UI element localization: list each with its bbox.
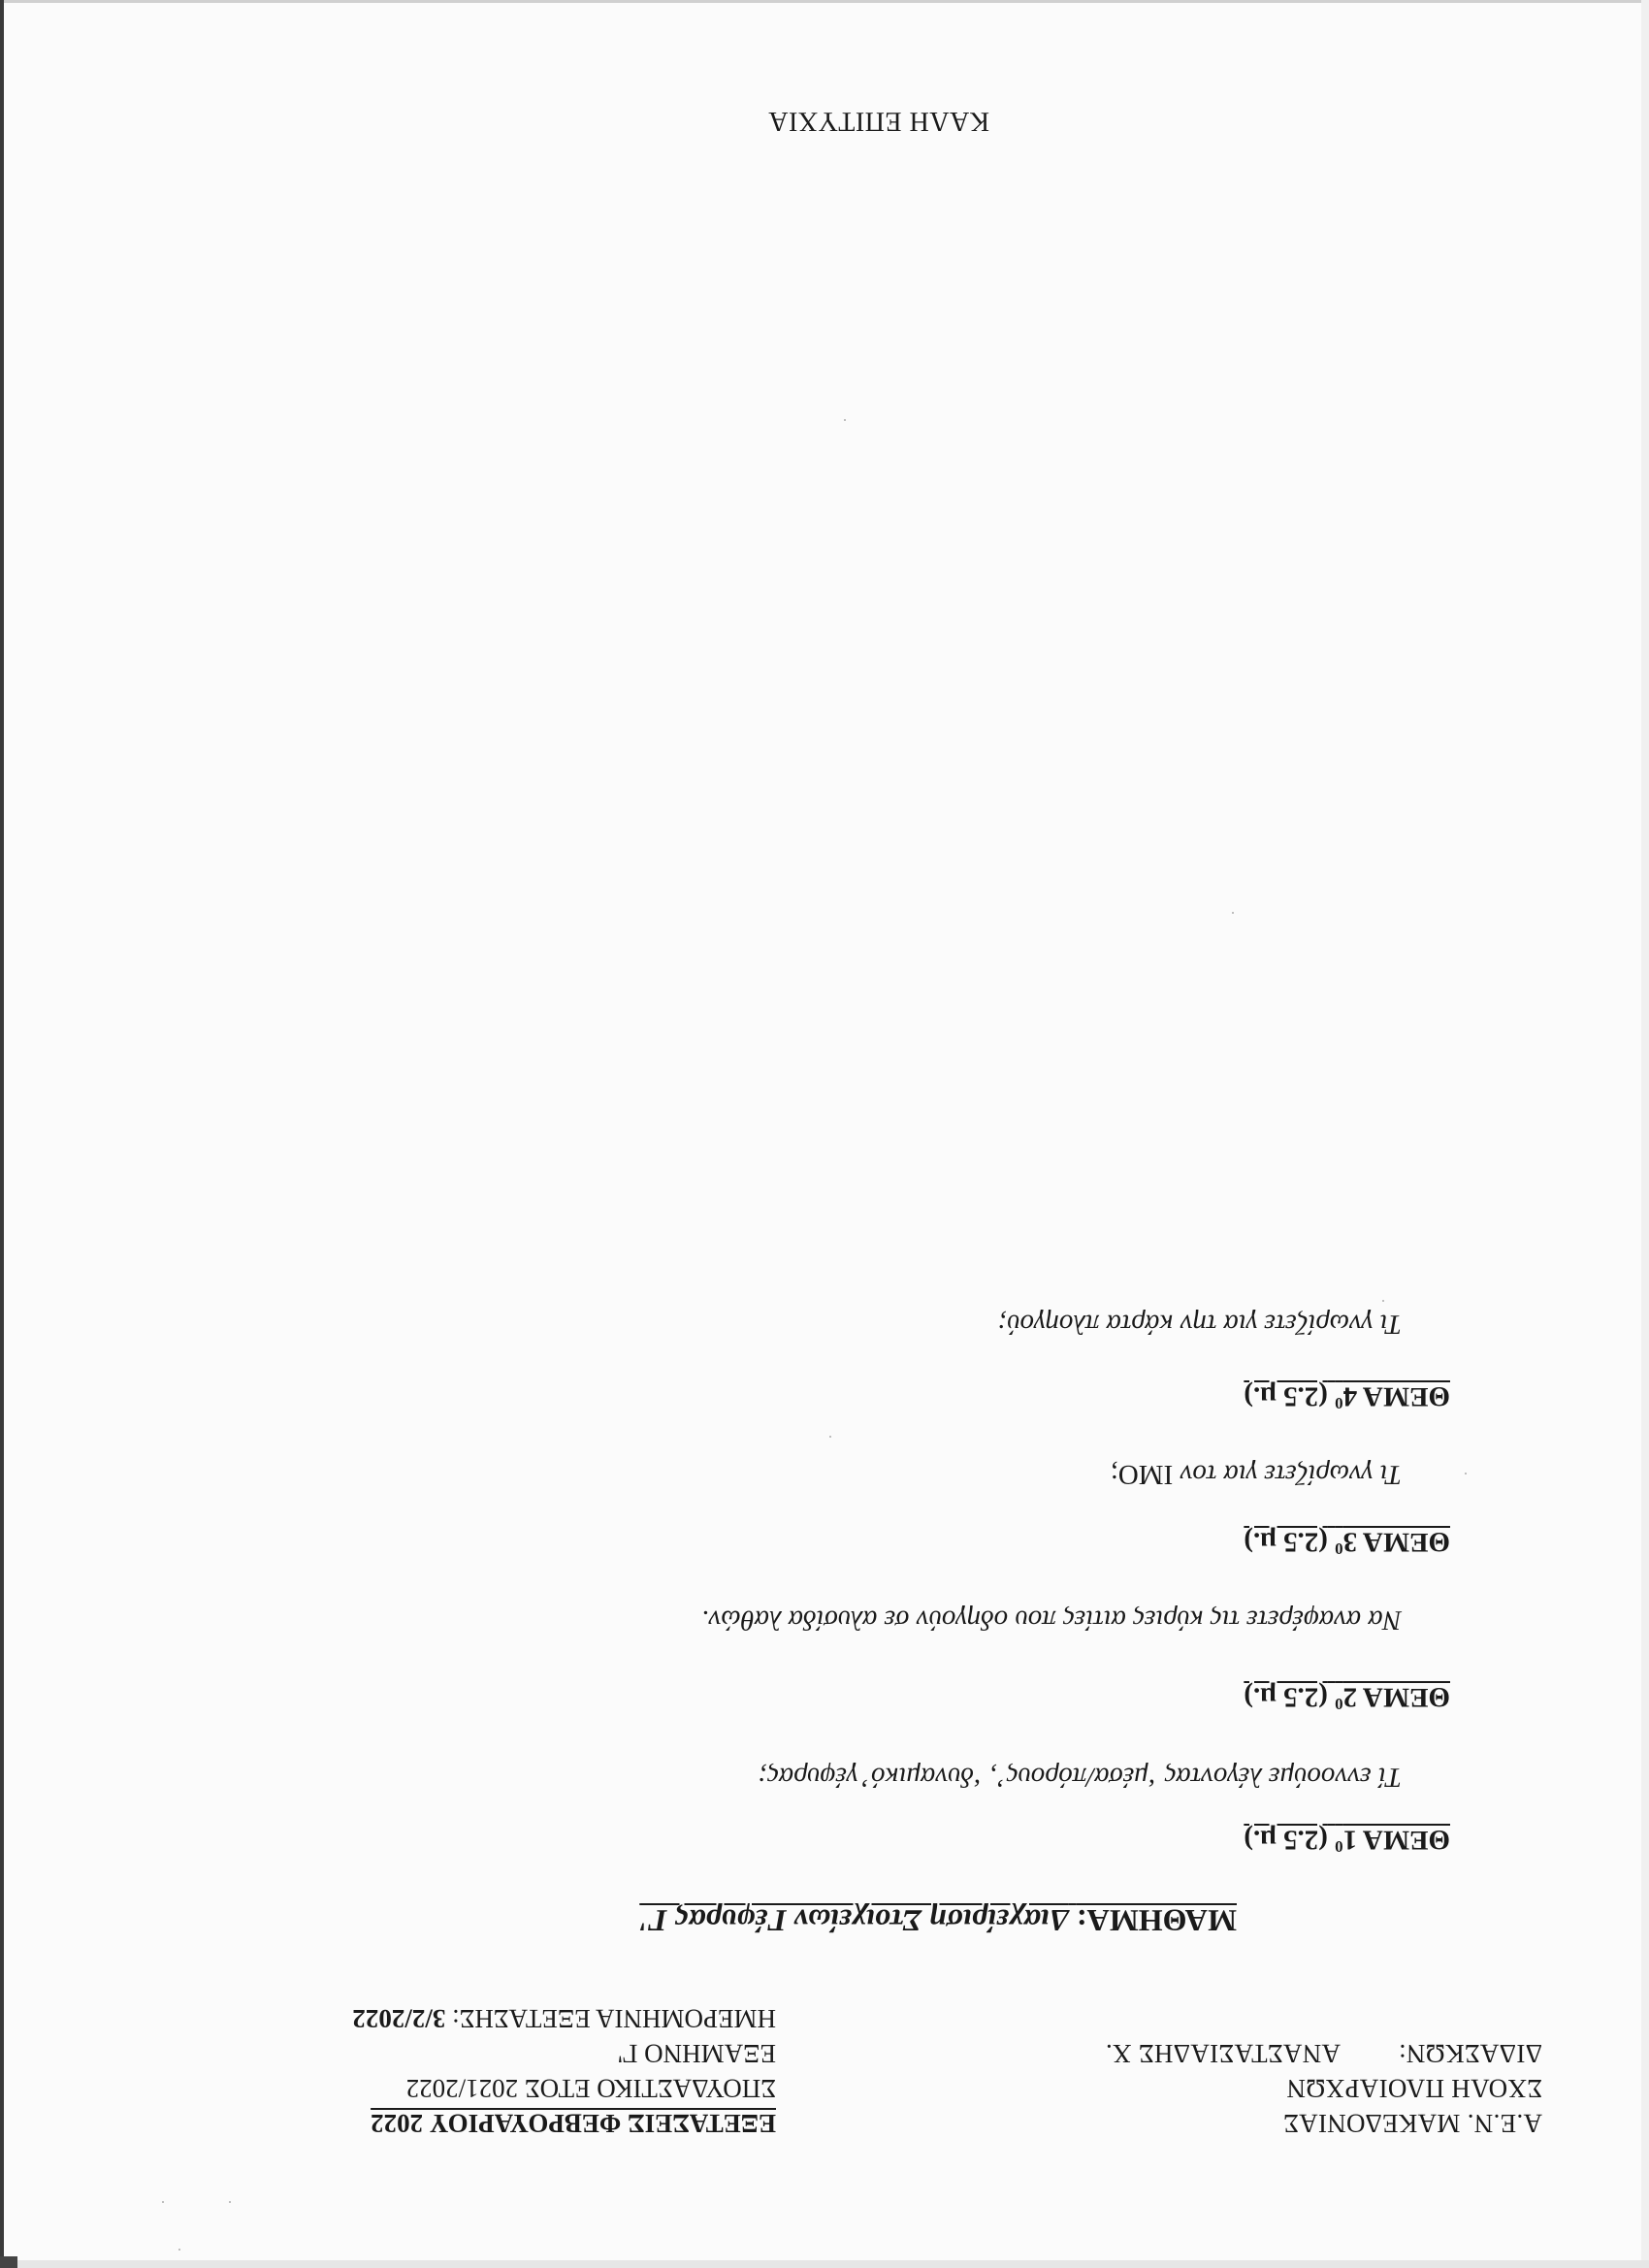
course-title: Διαχείριση Στοιχείων Γέφυρας Γ': [639, 1903, 1069, 1938]
scan-speck: [1382, 1300, 1384, 1302]
semester: ΕΞΑΜΗΝΟ Γ': [618, 2037, 776, 2070]
topic-2-title: ΘΕΜΑ 2: [1343, 1681, 1450, 1712]
exam-date-line: ΗΜΕΡΟΜΗΝΙΑ ΕΞΕΤΑΣΗΣ: 3/2/2022: [352, 2002, 776, 2035]
subject-label: ΜΑΘΗΜΑ:: [1077, 1903, 1237, 1938]
topic-1-question: Τί εννοούμε λέγοντας ‘μέσα/πόρους’, ‘δυν…: [758, 1761, 1402, 1793]
topic-1-title: ΘΕΜΑ 1: [1343, 1824, 1450, 1855]
topic-2-ordinal: 0: [1335, 1695, 1343, 1713]
scan-speck: [178, 2249, 180, 2251]
topic-1-points: (2.5 μ.): [1244, 1824, 1328, 1855]
topic-1-heading: ΘΕΜΑ 10 (2.5 μ.): [1244, 1823, 1450, 1856]
topic-4-ordinal: 0: [1335, 1394, 1343, 1412]
scan-edge-top: [0, 0, 1649, 3]
scan-edge-left: [0, 0, 4, 2268]
school-name: ΣΧΟΛΗ ΠΛΟΙΑΡΧΩΝ: [1286, 2072, 1542, 2105]
topic-4-title: ΘΕΜΑ 4: [1343, 1380, 1450, 1411]
topic-2-points: (2.5 μ.): [1244, 1681, 1328, 1712]
exam-period: ΕΞΕΤΑΣΕΙΣ ΦΕΒΡΟΥΑΡΙΟΥ 2022: [371, 2107, 776, 2140]
scan-edge-right: [1641, 0, 1649, 2268]
topic-2-question: Να αναφέρετε τις κύριες αιτίες που οδηγο…: [701, 1604, 1402, 1636]
scanned-exam-sheet: Α.Ε.Ν. ΜΑΚΕΔΟΝΙΑΣ ΣΧΟΛΗ ΠΛΟΙΑΡΧΩΝ ΔΙΔΑΣΚ…: [0, 0, 1649, 2268]
exam-date: 3/2/2022: [352, 2004, 445, 2033]
scan-speck: [844, 419, 846, 421]
closing-wish: ΚΑΛΗ ΕΠΙΤΥΧΙΑ: [768, 105, 989, 136]
subject-line: ΜΑΘΗΜΑ: Διαχείριση Στοιχείων Γέφυρας Γ': [639, 1902, 1237, 1938]
topic-3-points: (2.5 μ.): [1244, 1526, 1328, 1557]
institution-name: Α.Ε.Ν. ΜΑΚΕΔΟΝΙΑΣ: [1283, 2107, 1542, 2140]
scan-speck: [229, 2201, 231, 2203]
topic-2-heading: ΘΕΜΑ 20 (2.5 μ.): [1244, 1680, 1450, 1713]
scan-speck: [1232, 912, 1234, 914]
scan-speck: [1465, 1473, 1467, 1474]
instructor-name: ΑΝΑΣΤΑΣΙΑΔΗΣ Χ.: [1106, 2037, 1341, 2070]
academic-year: ΣΠΟΥΔΑΣΤΙΚΟ ΕΤΟΣ 2021/2022: [406, 2072, 776, 2105]
topic-3-question: Τι γνωρίζετε για τον IMO;: [1111, 1458, 1402, 1490]
topic-3-question-acronym: IMO;: [1111, 1459, 1173, 1490]
exam-date-label: ΗΜΕΡΟΜΗΝΙΑ ΕΞΕΤΑΣΗΣ:: [452, 2004, 776, 2033]
topic-3-ordinal: 0: [1335, 1539, 1343, 1558]
scan-corner-mark: [0, 2256, 17, 2268]
topic-3-heading: ΘΕΜΑ 30 (2.5 μ.): [1244, 1525, 1450, 1558]
scan-speck: [829, 1436, 831, 1438]
topic-4-points: (2.5 μ.): [1244, 1380, 1328, 1411]
instructor-label: ΔΙΔΑΣΚΩΝ:: [1399, 2037, 1542, 2070]
exam-page-upright: Α.Ε.Ν. ΜΑΚΕΔΟΝΙΑΣ ΣΧΟΛΗ ΠΛΟΙΑΡΧΩΝ ΔΙΔΑΣΚ…: [0, 0, 1649, 2268]
topic-4-question: Τι γνωρίζετε για την κάρτα πλοηγού;: [998, 1308, 1402, 1340]
topic-3-title: ΘΕΜΑ 3: [1343, 1526, 1450, 1557]
topic-4-heading: ΘΕΜΑ 40 (2.5 μ.): [1244, 1379, 1450, 1412]
topic-1-ordinal: 0: [1335, 1837, 1343, 1856]
scan-edge-bottom: [0, 2260, 1649, 2268]
topic-3-question-text: Τι γνωρίζετε για τον: [1180, 1459, 1402, 1490]
scan-speck: [162, 2201, 164, 2203]
